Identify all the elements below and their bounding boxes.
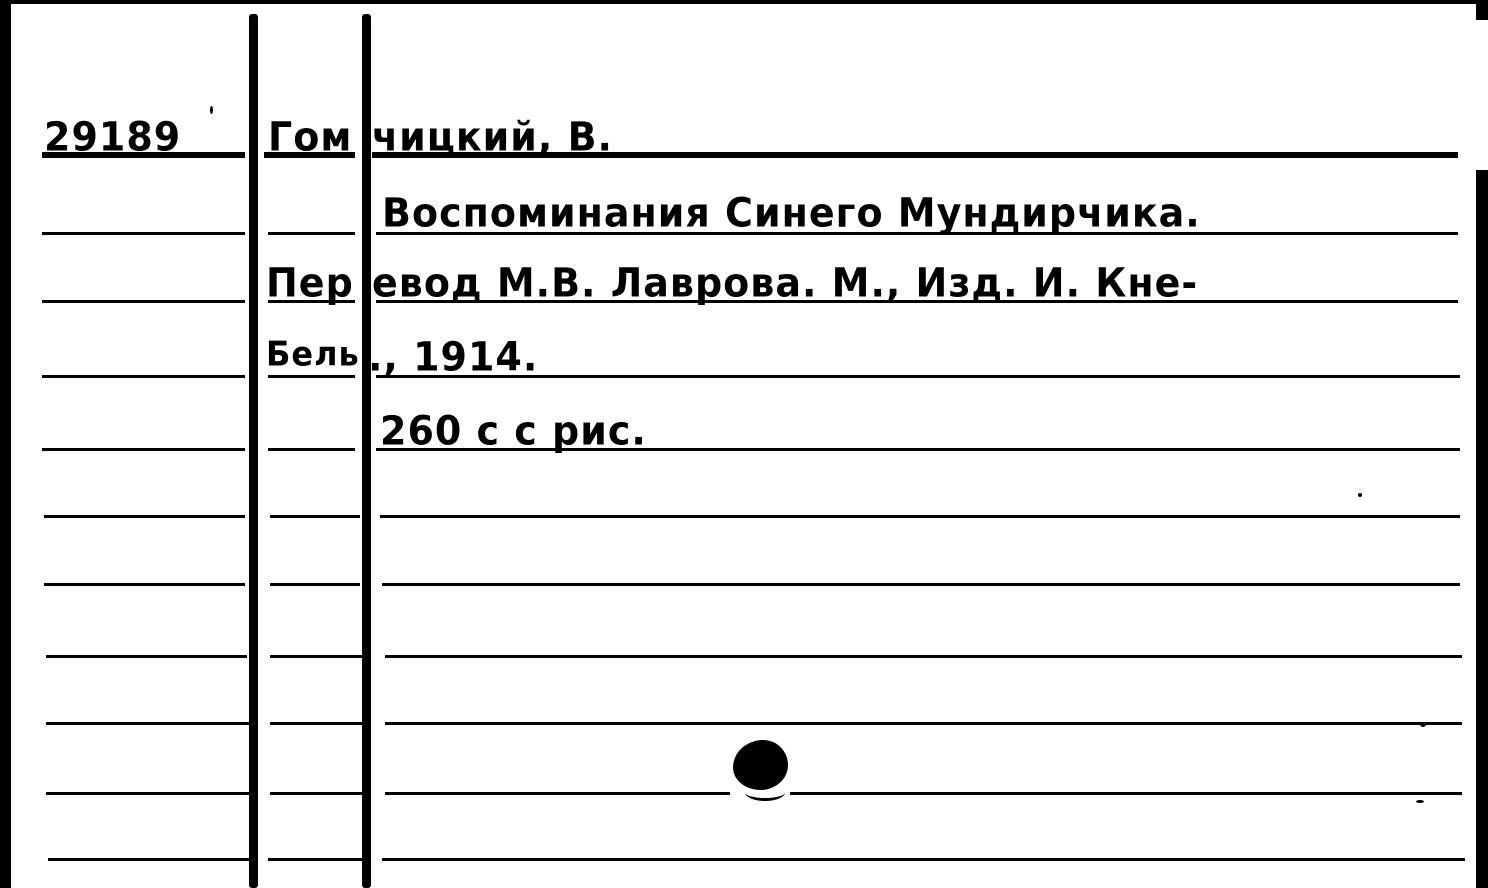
- ink-blot-smear: [745, 784, 785, 801]
- card-top-edge: [0, 0, 1488, 4]
- speck: [210, 106, 213, 114]
- ruled-line: [270, 515, 360, 518]
- speck: [1358, 493, 1362, 497]
- publisher-line-part1: Бель: [266, 337, 360, 371]
- ruled-line: [270, 583, 360, 586]
- ruled-line: [44, 583, 245, 586]
- ruled-line: [268, 375, 355, 378]
- ruled-line: [46, 792, 250, 795]
- card-right-edge-gap: [1476, 20, 1488, 170]
- ruled-line: [268, 232, 355, 235]
- translation-line-part1: Пер: [266, 263, 354, 303]
- ruled-line: [42, 300, 245, 303]
- ruled-line: [46, 722, 250, 725]
- publication-year: ., 1914.: [368, 337, 538, 377]
- ruled-line: [268, 858, 368, 861]
- ruled-line: [42, 232, 245, 235]
- ruled-line: [382, 583, 1460, 586]
- column-rule-right: [362, 14, 371, 888]
- ruled-line: [380, 515, 1460, 518]
- ruled-line: [46, 655, 247, 658]
- call-number: 29189: [44, 117, 181, 157]
- ruled-line: [268, 448, 355, 451]
- ruled-line: [270, 792, 362, 795]
- ink-blot: [733, 740, 788, 790]
- author-name-part2: чицкий, В.: [372, 117, 613, 157]
- ruled-line: [790, 792, 1462, 795]
- translation-line-part2: евод М.В. Лаврова. М., Изд. И. Кне-: [372, 263, 1198, 303]
- card-left-edge: [0, 0, 11, 888]
- ruled-line: [42, 448, 245, 451]
- ruled-line: [44, 515, 245, 518]
- ruled-line: [48, 858, 252, 861]
- catalog-card: 29189 Гом чицкий, В. Воспоминания Синего…: [0, 0, 1488, 888]
- ruled-line: [376, 375, 1460, 378]
- ruled-line: [385, 722, 1462, 725]
- ruled-line: [270, 655, 362, 658]
- speck: [1420, 722, 1426, 727]
- ruled-line: [382, 858, 1465, 861]
- page-count: 260 с с рис.: [380, 411, 647, 451]
- column-rule-left: [249, 14, 258, 888]
- ruled-line: [385, 655, 1462, 658]
- ruled-line: [270, 722, 362, 725]
- ruled-line: [42, 375, 245, 378]
- speck: [1416, 800, 1424, 803]
- author-name-part1: Гом: [268, 117, 352, 157]
- ruled-line: [385, 792, 730, 795]
- book-title: Воспоминания Синего Мундирчика.: [382, 193, 1201, 233]
